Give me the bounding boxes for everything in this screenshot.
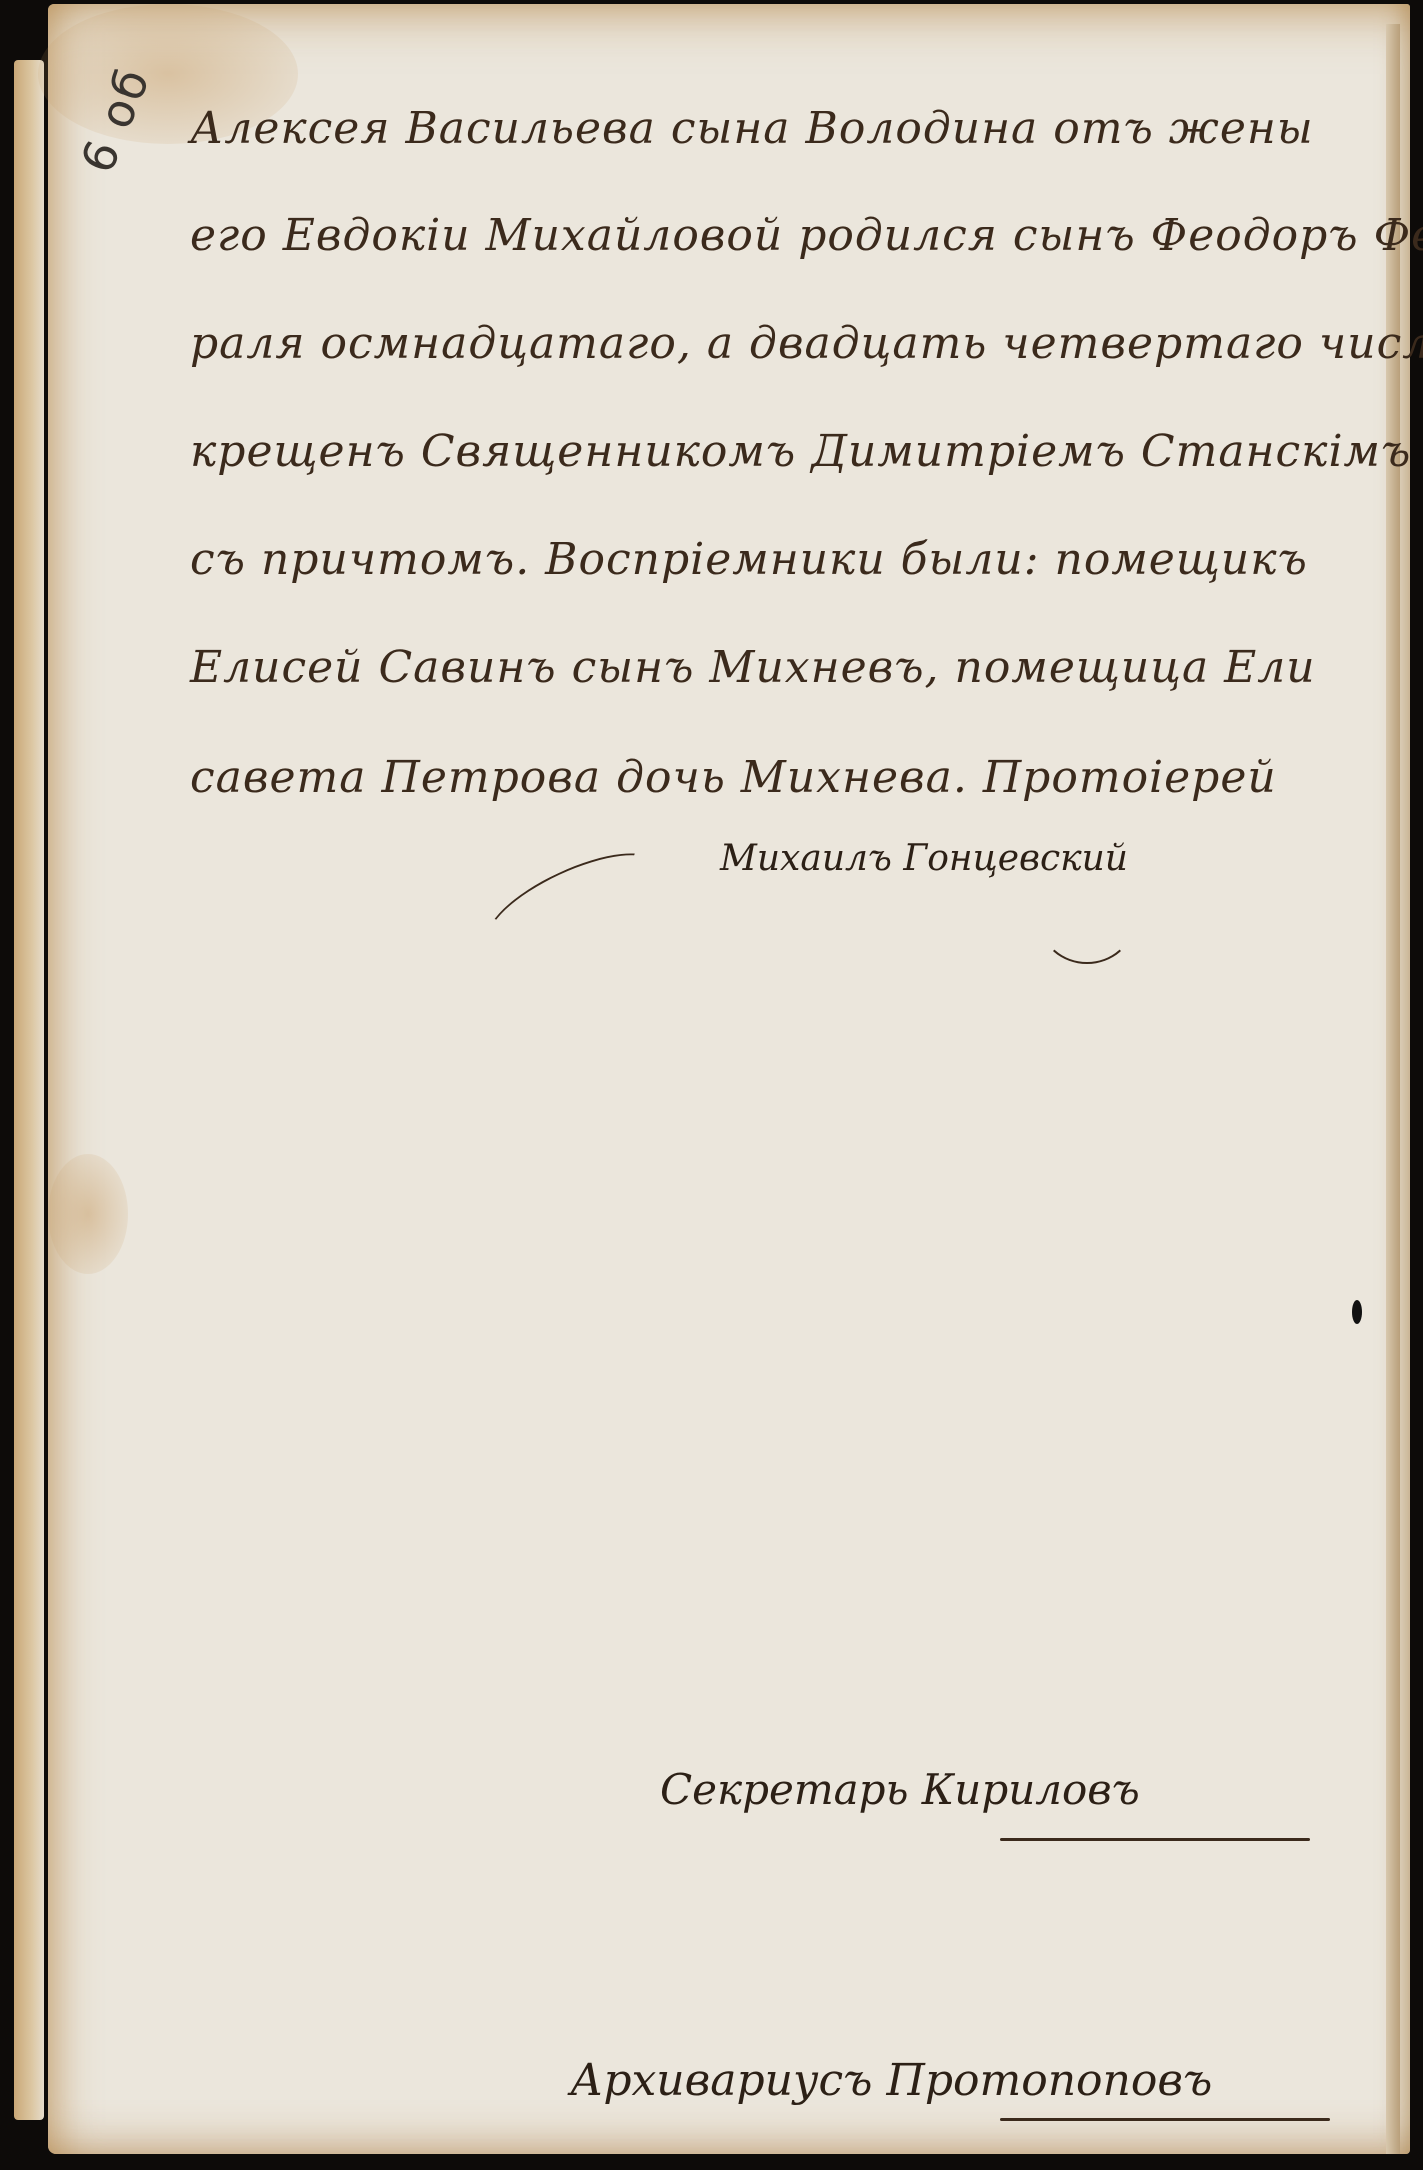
body-line-6: Елисей Савинъ сынъ Михневъ, помещица Ели xyxy=(190,642,1316,693)
priest-signature: Михаилъ Гонцевский xyxy=(720,838,1128,879)
signature-flourish xyxy=(1040,880,1134,964)
ink-blot xyxy=(1352,1300,1362,1324)
water-stain xyxy=(48,1154,128,1274)
body-line-1: Алексея Васильева сына Володина отъ жены xyxy=(190,103,1314,154)
secretary-signature: Секретарь Кириловъ xyxy=(660,1765,1140,1814)
body-line-7: савета Петрова дочь Михнева. Протоiерей xyxy=(190,752,1277,803)
page-edge-left xyxy=(14,60,44,2120)
body-line-4: крещенъ Священникомъ Димитрiемъ Станскiм… xyxy=(190,426,1411,477)
body-line-2: его Евдокiи Михайловой родился сынъ Феод… xyxy=(190,210,1423,261)
signature-underline xyxy=(1000,2118,1330,2121)
body-line-5: съ причтомъ. Воспрiемники были: помещикъ xyxy=(190,534,1308,585)
body-line-3: раля осмнадцатаго, а двадцать четвертаго… xyxy=(190,318,1423,369)
signature-underline xyxy=(1000,1838,1310,1841)
archivist-signature: Архивариусъ Протопоповъ xyxy=(570,2055,1212,2106)
